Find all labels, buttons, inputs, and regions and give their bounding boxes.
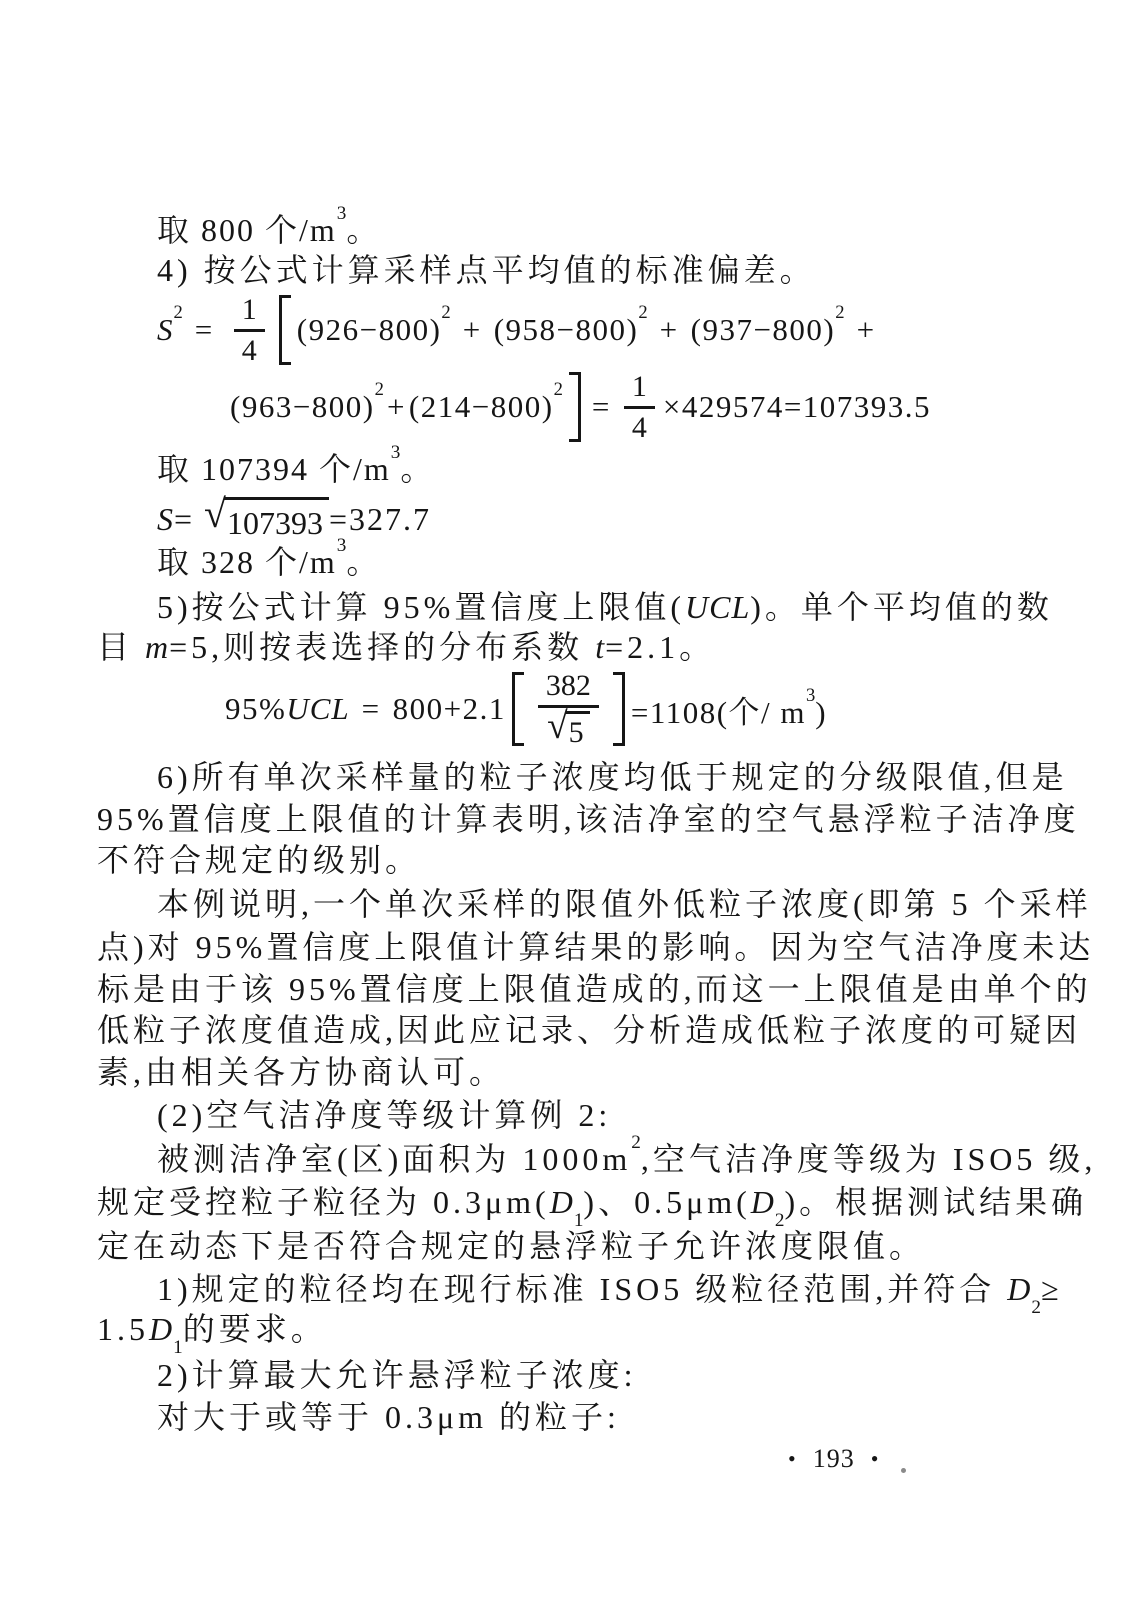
- text-run: )。根据测试结果确: [785, 1184, 1088, 1220]
- document-page: 取 800 个/m3。 4) 按公式计算采样点平均值的标准偏差。 S2 = 1 …: [0, 0, 1142, 1600]
- text-line-room-desc2: 规定受控粒子粒径为 0.3μm(D1)、0.5μm(D2)。根据测试结果确: [97, 1182, 1087, 1222]
- var-UCL: UCL: [286, 691, 349, 726]
- superscript: 2: [375, 379, 384, 400]
- term: (937−800): [691, 312, 836, 347]
- text-line-item4: 4) 按公式计算采样点平均值的标准偏差。: [157, 250, 816, 290]
- radicand: 5: [566, 711, 590, 749]
- fraction-one-fourth: 1 4: [624, 371, 655, 443]
- text-line-example-note3: 标是由于该 95%置信度上限值造成的,而这一上限值是由单个的: [97, 969, 1092, 1009]
- text-run: 。: [346, 212, 380, 248]
- formula-lhs: 95%UCL: [225, 691, 350, 727]
- text-run: 取 800 个/m: [157, 212, 337, 248]
- text-run: 低粒子浓度值造成,因此应记录、分析造成低粒子浓度的可疑因: [97, 1012, 1081, 1048]
- text-line-example2-heading: (2)空气洁净度等级计算例 2:: [157, 1095, 611, 1135]
- text-run: 6)所有单次采样量的粒子浓度均低于规定的分级限值,但是: [157, 759, 1068, 795]
- text-line-example-note4: 低粒子浓度值造成,因此应记录、分析造成低粒子浓度的可疑因: [97, 1010, 1081, 1050]
- fraction-denominator: 4: [624, 409, 655, 444]
- term: (926−800): [297, 312, 442, 347]
- text-run: )。单个平均值的数: [750, 589, 1053, 625]
- page-number-dot-right: •: [871, 1446, 880, 1472]
- text-run: 1.5: [97, 1311, 149, 1347]
- text-line-room-desc3: 定在动态下是否符合规定的悬浮粒子允许浓度限值。: [97, 1226, 925, 1266]
- text-run: 5)按公式计算 95%置信度上限值(: [157, 589, 685, 625]
- fraction-numerator: 1: [234, 294, 265, 332]
- text-run: 取 328 个/m: [157, 544, 337, 580]
- var-D2: D: [1007, 1271, 1031, 1307]
- formula-result: ×429574=107393.5: [663, 389, 931, 425]
- var-D2: D: [751, 1184, 775, 1220]
- subscript: 2: [1031, 1297, 1041, 1318]
- formula-ucl: 95%UCL = 800+2.1 382 √5 =1108(个/ m3): [225, 665, 827, 753]
- text-run: 规定受控粒子粒径为 0.3μm(: [97, 1184, 550, 1220]
- formula-terms: 800+2.1: [393, 691, 506, 727]
- text-line-example-note1: 本例说明,一个单次采样的限值外低粒子浓度(即第 5 个采样: [157, 884, 1092, 924]
- plus-sign: +: [857, 312, 876, 347]
- text-line-item6a: 6)所有单次采样量的粒子浓度均低于规定的分级限值,但是: [157, 757, 1068, 797]
- text-run: 。: [400, 451, 434, 487]
- text-line-item6b: 95%置信度上限值的计算表明,该洁净室的空气悬浮粒子洁净度: [97, 799, 1080, 839]
- var-D1: D: [550, 1184, 574, 1220]
- var-m: m: [145, 629, 169, 665]
- superscript: 2: [835, 302, 844, 323]
- text-run: 的要求。: [183, 1311, 327, 1347]
- superscript: 3: [806, 685, 815, 706]
- radical-sign: √: [204, 494, 226, 534]
- left-square-bracket: [512, 672, 524, 746]
- var-S: S: [157, 312, 174, 347]
- fraction-denominator: √5: [539, 708, 598, 749]
- text-run: ,空气洁净度等级为 ISO5 级,: [641, 1141, 1097, 1177]
- page-number-dot-left: •: [788, 1446, 797, 1472]
- var-UCL: UCL: [685, 589, 750, 625]
- text-run: ≥: [1041, 1271, 1063, 1307]
- superscript: 2: [441, 302, 450, 323]
- superscript: 3: [337, 535, 347, 556]
- superscript: 3: [337, 203, 347, 224]
- left-square-bracket: [279, 295, 291, 365]
- text-run: 不符合规定的级别。: [97, 842, 421, 878]
- text-run: =2.1。: [605, 629, 715, 665]
- text-line-item1a: 1)规定的粒径均在现行标准 ISO5 级粒径范围,并符合 D2≥: [157, 1269, 1063, 1309]
- fraction-382-sqrt5: 382 √5: [538, 670, 599, 748]
- plus-sign: +: [660, 312, 679, 347]
- var-t: t: [595, 629, 605, 665]
- text-line-item1b: 1.5D1的要求。: [97, 1309, 327, 1349]
- formula-terms: (963−800)2+(214−800)2: [230, 389, 563, 425]
- text-line-take-107394: 取 107394 个/m3。: [157, 449, 434, 489]
- text-run: 2)计算最大允许悬浮粒子浓度:: [157, 1357, 637, 1393]
- fraction-one-fourth: 1 4: [234, 294, 265, 366]
- equals-sign: =: [362, 691, 381, 727]
- text-line-take-800: 取 800 个/m3。: [157, 210, 380, 250]
- text-line-item6c: 不符合规定的级别。: [97, 840, 421, 880]
- var-S: S: [157, 501, 174, 537]
- fraction-numerator: 1: [624, 371, 655, 409]
- text-line-take-328: 取 328 个/m3。: [157, 542, 380, 582]
- text-run: 定在动态下是否符合规定的悬浮粒子允许浓度限值。: [97, 1228, 925, 1264]
- equals-sign: =: [195, 312, 214, 348]
- text-line-item2: 2)计算最大允许悬浮粒子浓度:: [157, 1355, 637, 1395]
- formula-result: =327.7: [329, 501, 431, 537]
- superscript: 2: [631, 1132, 641, 1153]
- page-number-value: 193: [813, 1444, 855, 1474]
- plus-sign: +: [463, 312, 482, 347]
- page-number: • 193 •: [788, 1444, 879, 1474]
- text-run: 点)对 95%置信度上限值计算结果的影响。因为空气洁净度未达: [97, 929, 1094, 965]
- formula-result: =1108(个/ m3): [631, 687, 827, 732]
- formula-stddev: S= √107393=327.7: [157, 497, 431, 543]
- text-run: 目: [97, 629, 145, 665]
- superscript: 2: [174, 302, 183, 323]
- formula-variance-line2: (963−800)2+(214−800)2 = 1 4 ×429574=1073…: [230, 365, 931, 449]
- superscript: 3: [391, 442, 401, 463]
- text-run: 本例说明,一个单次采样的限值外低粒子浓度(即第 5 个采样: [157, 886, 1092, 922]
- text-run: (2)空气洁净度等级计算例 2:: [157, 1097, 611, 1133]
- fraction-numerator: 382: [538, 670, 599, 708]
- text-line-item5b: 目 m=5,则按表选择的分布系数 t=2.1。: [97, 627, 715, 667]
- radicand: 107393: [224, 497, 329, 543]
- text-line-example-note5: 素,由相关各方协商认可。: [97, 1052, 505, 1092]
- radical-sign: √: [547, 708, 568, 746]
- equals-sign: =: [174, 501, 204, 537]
- text-run: 1)规定的粒径均在现行标准 ISO5 级粒径范围,并符合: [157, 1271, 1007, 1307]
- term: (214−800): [409, 389, 554, 424]
- text-line-example-note2: 点)对 95%置信度上限值计算结果的影响。因为空气洁净度未达: [97, 927, 1094, 967]
- percent-95: 95%: [225, 691, 286, 726]
- formula-terms: (926−800)2+(958−800)2+(937−800)2+: [297, 312, 888, 348]
- text-run: ): [815, 695, 827, 730]
- text-run: =5,则按表选择的分布系数: [169, 629, 595, 665]
- superscript: 2: [554, 379, 563, 400]
- scan-artifact-dot: [901, 1468, 906, 1473]
- text-run: 95%置信度上限值的计算表明,该洁净室的空气悬浮粒子洁净度: [97, 801, 1080, 837]
- text-run: 。: [346, 544, 380, 580]
- formula-lhs: S2: [157, 312, 183, 348]
- text-run: 被测洁净室(区)面积为 1000m: [157, 1141, 631, 1177]
- text-line-room-desc1: 被测洁净室(区)面积为 1000m2,空气洁净度等级为 ISO5 级,: [157, 1139, 1096, 1179]
- text-line-item5a: 5)按公式计算 95%置信度上限值(UCL)。单个平均值的数: [157, 587, 1053, 627]
- var-D1: D: [149, 1311, 173, 1347]
- superscript: 2: [638, 302, 647, 323]
- right-square-bracket: [569, 372, 581, 442]
- formula-variance-line1: S2 = 1 4 (926−800)2+(958−800)2+(937−800)…: [157, 288, 888, 372]
- text-line-particles: 对大于或等于 0.3μm 的粒子:: [157, 1397, 620, 1437]
- term: (963−800): [230, 389, 375, 424]
- text-run: 素,由相关各方协商认可。: [97, 1054, 505, 1090]
- plus-sign: +: [387, 389, 406, 424]
- square-root: √5: [547, 711, 590, 749]
- square-root: √107393: [204, 497, 329, 543]
- text-run: 标是由于该 95%置信度上限值造成的,而这一上限值是由单个的: [97, 971, 1092, 1007]
- equals-sign: =: [592, 389, 611, 425]
- fraction-denominator: 4: [234, 332, 265, 367]
- term: (958−800): [494, 312, 639, 347]
- text-run: 对大于或等于 0.3μm 的粒子:: [157, 1399, 620, 1435]
- text-run: =1108(个/ m: [631, 695, 806, 730]
- text-run: 4) 按公式计算采样点平均值的标准偏差。: [157, 252, 816, 288]
- right-square-bracket: [613, 672, 625, 746]
- text-run: 取 107394 个/m: [157, 451, 391, 487]
- text-run: )、0.5μm(: [583, 1184, 750, 1220]
